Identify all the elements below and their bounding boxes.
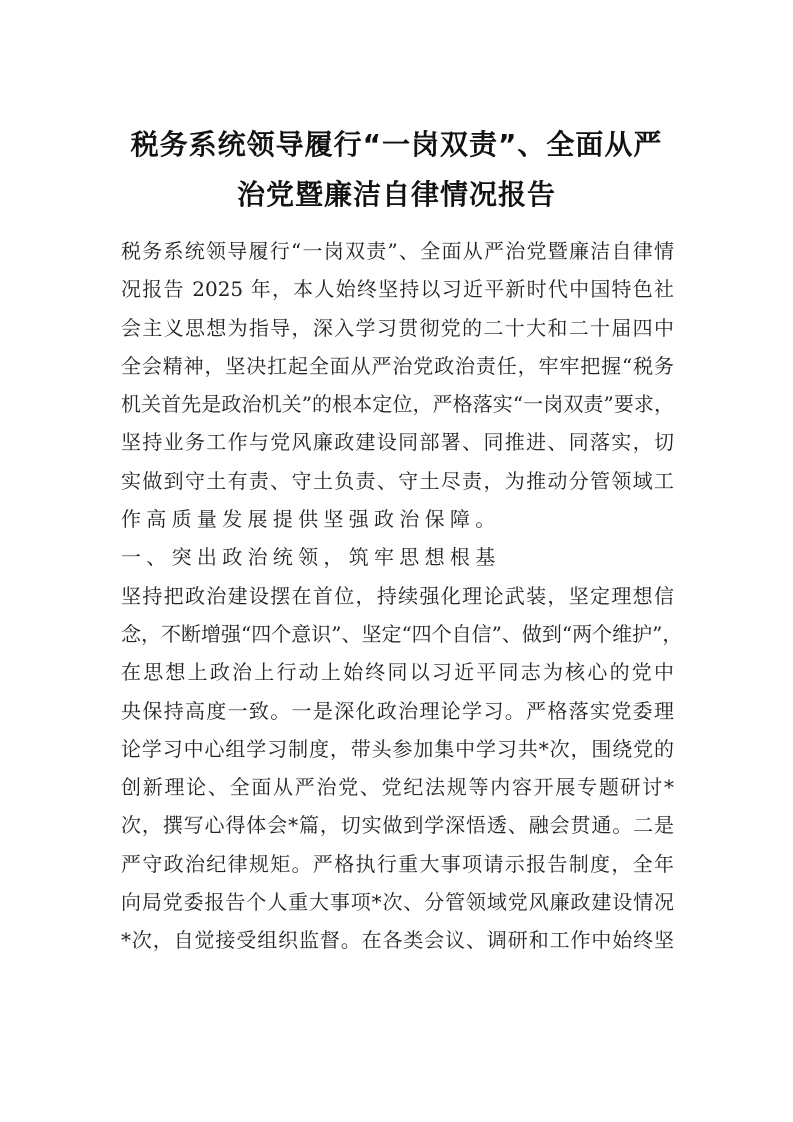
document-title: 税务系统领导履行“一岗双责”、全面从严 治党暨廉洁自律情况报告 [100, 120, 693, 220]
paragraph-line: 全会精神，坚决扛起全面从严治党政治责任，牢牢把握“税务 [121, 347, 674, 385]
paragraph-line: 作高质量发展提供坚强政治保障。 [121, 500, 674, 538]
paragraph-line: 次，撰写心得体会*篇，切实做到学深悟透、融会贯通。二是 [121, 806, 674, 844]
paragraph-line: 机关首先是政治机关”的根本定位，严格落实“一岗双责”要求， [121, 385, 674, 423]
document-body: 税务系统领导履行“一岗双责”、全面从严治党暨廉洁自律情 况报告 2025 年，本… [121, 232, 674, 960]
section-1-paragraph: 坚持把政治建设摆在首位，持续强化理论武装，坚定理想信 念，不断增强“四个意识”、… [121, 577, 674, 960]
paragraph-line: 坚持把政治建设摆在首位，持续强化理论武装，坚定理想信 [121, 577, 674, 615]
title-line-2: 治党暨廉洁自律情况报告 [100, 170, 693, 220]
intro-paragraph: 税务系统领导履行“一岗双责”、全面从严治党暨廉洁自律情 况报告 2025 年，本… [121, 232, 674, 538]
paragraph-line: *次，自觉接受组织监督。在各类会议、调研和工作中始终坚 [121, 921, 674, 959]
paragraph-line: 在思想上政治上行动上始终同以习近平同志为核心的党中 [121, 653, 674, 691]
paragraph-line: 税务系统领导履行“一岗双责”、全面从严治党暨廉洁自律情 [121, 232, 674, 270]
title-line-1: 税务系统领导履行“一岗双责”、全面从严 [100, 120, 693, 170]
paragraph-line: 会主义思想为指导，深入学习贯彻党的二十大和二十届四中 [121, 309, 674, 347]
paragraph-line: 严守政治纪律规矩。严格执行重大事项请示报告制度，全年 [121, 845, 674, 883]
paragraph-line: 向局党委报告个人重大事项*次、分管领域党风廉政建设情况 [121, 883, 674, 921]
paragraph-line: 论学习中心组学习制度，带头参加集中学习共*次，围绕党的 [121, 730, 674, 768]
section-heading: 一、突出政治统领，筑牢思想根基 [121, 538, 674, 576]
document-page: 税务系统领导履行“一岗双责”、全面从严 治党暨廉洁自律情况报告 税务系统领导履行… [0, 0, 793, 1122]
paragraph-line: 念，不断增强“四个意识”、坚定“四个自信”、做到“两个维护”， [121, 615, 674, 653]
paragraph-line: 实做到守土有责、守土负责、守土尽责，为推动分管领域工 [121, 462, 674, 500]
paragraph-line: 况报告 2025 年，本人始终坚持以习近平新时代中国特色社 [121, 270, 674, 308]
paragraph-line: 坚持业务工作与党风廉政建设同部署、同推进、同落实，切 [121, 423, 674, 461]
paragraph-line: 创新理论、全面从严治党、党纪法规等内容开展专题研讨* [121, 768, 674, 806]
paragraph-line: 央保持高度一致。一是深化政治理论学习。严格落实党委理 [121, 692, 674, 730]
